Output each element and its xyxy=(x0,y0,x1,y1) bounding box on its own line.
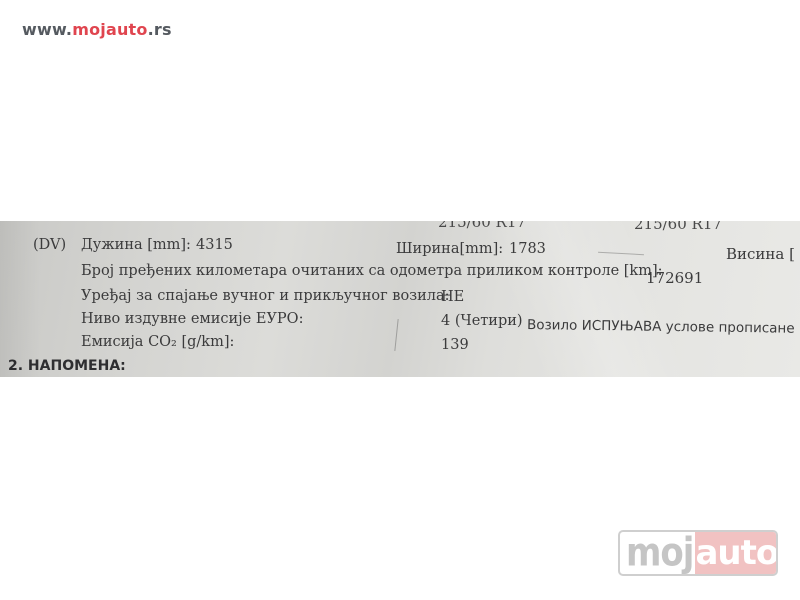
watermark-url: www.mojauto.rs xyxy=(22,20,172,39)
odometer-label: Број пређених километара очитаних са одо… xyxy=(81,263,663,279)
towing-value: НЕ xyxy=(441,289,464,305)
pen-mark xyxy=(394,319,398,351)
mojauto-logo: moj auto xyxy=(618,530,778,576)
watermark-brand: mojauto xyxy=(72,20,147,39)
odometer-value: 172691 xyxy=(646,269,703,287)
dv-code: (DV) xyxy=(33,237,66,253)
tyre-size-left: 215/60 R17 xyxy=(438,221,526,231)
logo-part-auto: auto xyxy=(695,532,778,574)
euro-label: Ниво издувне емисије ЕУРО: xyxy=(81,311,303,327)
euro-value: 4 (Четири) xyxy=(441,313,523,329)
width-label: Ширина[mm]: xyxy=(396,241,503,257)
euro-note: Возило ИСПУЊАВА услове прописане xyxy=(527,317,795,337)
document-photo: 215/60 R17 215/60 R17 (DV) Дужина [mm]: … xyxy=(0,221,800,377)
watermark-prefix: www. xyxy=(22,20,72,39)
length-value: 4315 xyxy=(196,237,233,253)
length-label: Дужина [mm]: xyxy=(81,237,191,253)
co2-value: 139 xyxy=(441,337,469,353)
logo-part-moj: moj xyxy=(620,530,695,576)
section-heading: 2. НАПОМЕНА: xyxy=(8,358,126,374)
paper-crease xyxy=(598,252,644,255)
tyre-size-right: 215/60 R17 xyxy=(634,221,722,233)
co2-label: Емисија CO₂ [g/km]: xyxy=(81,334,234,350)
towing-label: Уређај за спајање вучног и прикључног во… xyxy=(81,288,450,304)
watermark-suffix: .rs xyxy=(148,20,172,39)
height-label: Висина [ xyxy=(726,245,795,263)
width-value: 1783 xyxy=(509,241,546,257)
